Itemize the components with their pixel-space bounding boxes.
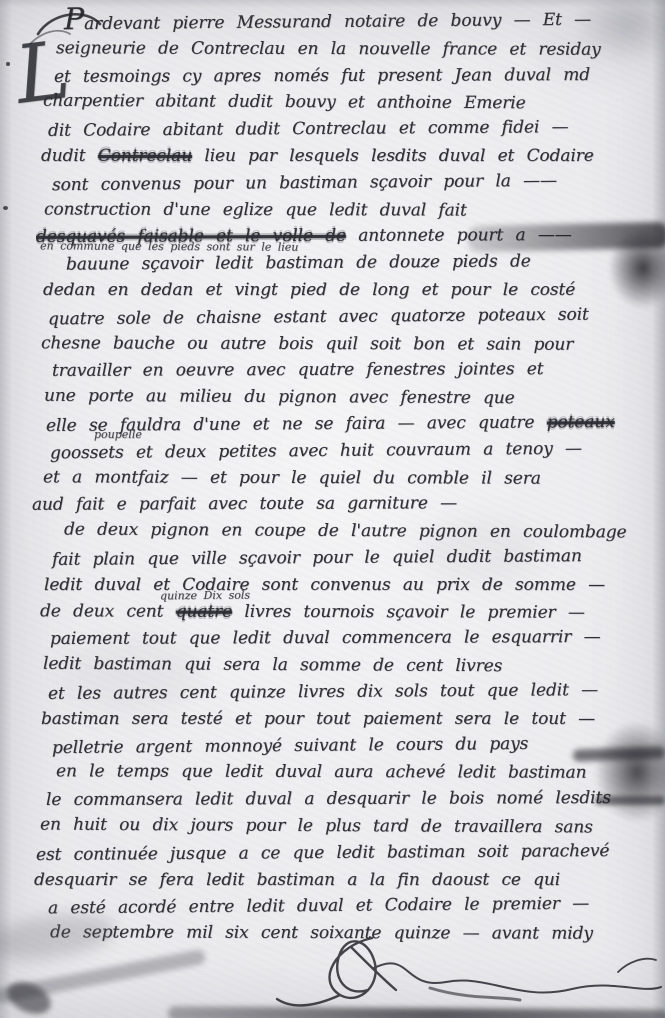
manuscript-line: de septembre mil six cent soixante quinz… xyxy=(50,922,593,943)
manuscript-line: goossets et deux petites avec huit couvr… xyxy=(50,438,582,463)
manuscript-line: dedan en dedan et vingt pied de long et … xyxy=(43,280,575,300)
struck-out-text: quatre xyxy=(176,601,232,621)
manuscript-line: dudit Contreclau lieu par lesquels lesdi… xyxy=(41,146,594,166)
manuscript-line: de deux pignon en coupe de l'autre pigno… xyxy=(64,520,627,543)
manuscript-line: seigneurie de Contreclau en la nouvelle … xyxy=(56,38,601,59)
margin-ink-dot xyxy=(3,206,8,210)
manuscript-line: est continuée jusque a ce que ledit bast… xyxy=(36,841,609,865)
struck-out-text: poteaux xyxy=(547,412,615,432)
manuscript-line: construction d'une eglize que ledit duva… xyxy=(44,199,467,220)
manuscript-line: sont convenus pour un bastiman sçavoir p… xyxy=(52,171,557,195)
manuscript-line: paiement tout que ledit duval commencera… xyxy=(50,627,601,649)
manuscript-line: en le temps que ledit duval aura achevé … xyxy=(56,762,587,783)
struck-out-text: Contreclau xyxy=(98,146,192,166)
manuscript-line: pelletrie argent monnoyé suivant le cour… xyxy=(52,734,528,758)
manuscript-line: et les autres cent quinze livres dix sol… xyxy=(48,680,598,704)
interline-insertion: quinze Dix sols xyxy=(160,588,250,602)
manuscript-line: dit Codaire abitant dudit Contreclau et … xyxy=(48,117,569,141)
margin-ink-dot xyxy=(6,62,10,66)
manuscript-line: ledit bastiman qui sera la somme de cent… xyxy=(43,654,502,676)
manuscript-line: bastiman sera testé et pour tout paiemen… xyxy=(41,709,595,729)
manuscript-line: le commansera ledit duval a desquarir le… xyxy=(46,788,611,810)
manuscript-line: et tesmoings cy apres només fut present … xyxy=(54,65,590,87)
manuscript-scan: { "page": { "description": "Scanned page… xyxy=(0,0,665,1018)
manuscript-line: de deux cent quatre livres tournois sçav… xyxy=(40,601,585,622)
manuscript-line: quatre sole de chaisne estant avec quato… xyxy=(48,304,589,329)
interline-insertion: poupelle xyxy=(94,428,142,441)
manuscript-line: une porte au milieu du pignon avec fenes… xyxy=(44,386,515,408)
manuscript-line: desquarir se fera ledit bastiman a la fi… xyxy=(34,870,560,890)
manuscript-line: ledit duval et Codaire sont convenus au … xyxy=(44,575,605,595)
manuscript-lines: Pardevant pierre Messurand notaire de bo… xyxy=(0,0,665,1018)
manuscript-line: en huit ou dix jours pour le plus tard d… xyxy=(40,815,593,838)
interline-insertion: en commune que les pieds sont sur le lie… xyxy=(40,240,298,254)
manuscript-line: aud fait e parfait avec toute sa garnitu… xyxy=(32,494,457,515)
manuscript-line: bauune sçavoir ledit bastiman de douze p… xyxy=(66,252,531,275)
manuscript-line: a esté acordé entre ledit duval et Codai… xyxy=(48,894,589,919)
manuscript-line: charpentier abitant dudit bouvy et antho… xyxy=(43,91,526,114)
manuscript-line: et a montfaiz — et pour le quiel du comb… xyxy=(43,467,541,488)
manuscript-line: travailler en oeuvre avec quatre fenestr… xyxy=(52,360,544,382)
manuscript-line: fait plain que ville sçavoir pour le qui… xyxy=(52,546,582,570)
manuscript-line: Pardevant pierre Messurand notaire de bo… xyxy=(64,10,591,35)
manuscript-line: chesne bauche ou autre bois quil soit bo… xyxy=(41,333,573,354)
